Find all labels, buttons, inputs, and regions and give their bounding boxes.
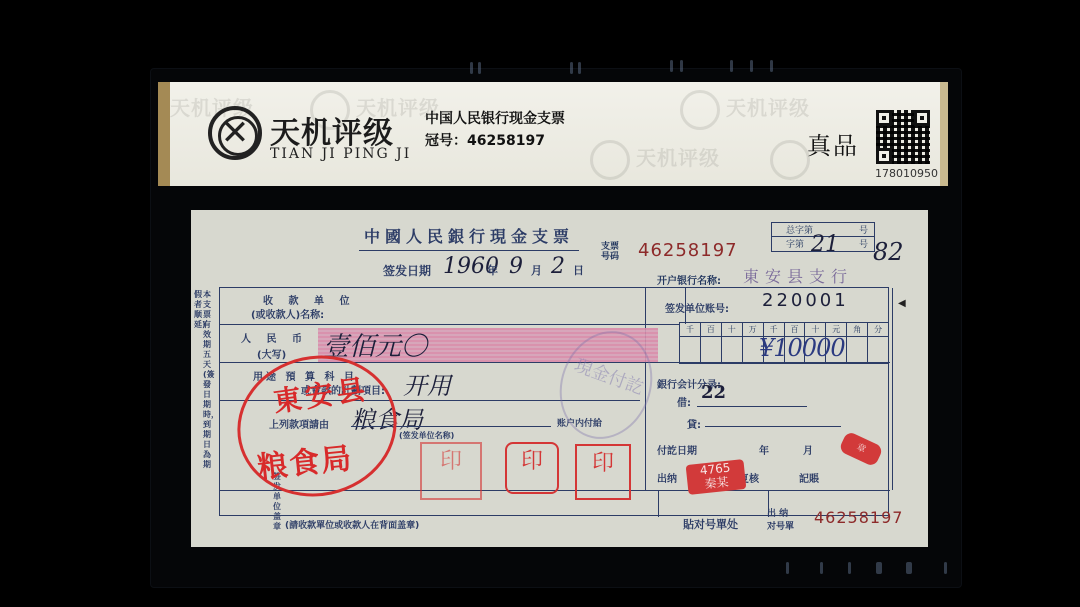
payee-label-sub: (或收款人)名称: [251,306,324,321]
stub-label: 貼对号單处 [683,516,738,532]
digit-col: 分 [868,323,889,336]
side-note-2: 假者顺延) [194,290,202,330]
cashier-stamp: 4765 秦某 [686,459,747,495]
paid-date-label: 付訖日期 [657,442,697,457]
logo-icon [208,106,262,160]
cert-number: 178010950 [875,167,938,180]
qr-code-icon[interactable] [876,110,930,164]
ref-line1-suffix: 号 [859,223,868,236]
rmb-label: 人 民 币 [241,330,308,345]
brand-name-english: TIAN JI PING JI [270,146,411,162]
month-label: 月 [531,262,542,278]
amount-digits: ¥10000 [759,334,845,362]
purpose: 开用 [403,366,451,401]
payee-label: 收 款 单 位 [263,292,355,307]
cash-cheque: 中國人民銀行現金支票 签发日期 1960 年 9 月 2 日 支票号码 4625… [191,210,928,547]
ref-line2-suffix: 号 [859,237,868,250]
year-label: 年 [487,262,498,278]
cheque-number: 46258197 [638,240,738,261]
side-note: 本支票有效期五天(簽發日期時，到期日為期 [203,290,211,470]
slab-ridges [470,58,970,78]
square-seal-3: 印 [575,444,631,500]
issuer-account-label: 签发单位账号: [665,300,729,315]
grade-text: 真品 [807,126,859,161]
credit-label: 貸: [687,416,701,431]
paid-month-label: 月 [803,442,813,457]
opening-bank-label: 开户银行名称: [657,272,721,287]
issue-day: 2 [551,254,565,279]
issue-month: 9 [509,254,523,279]
ref-line1-label: 总字第 [786,226,813,236]
day-label: 日 [573,262,584,278]
ref-line2-label: 字第 [786,240,804,250]
cheque-number-label: 支票号码 [601,242,625,262]
rmb-sub-label: (大写) [257,346,286,361]
cheque-title: 中國人民銀行現金支票 [359,224,579,251]
slab-bottom-ridges [780,560,960,580]
paid-year-label: 年 [759,442,769,457]
cashier-stub-label: 出 纳 对号單 [767,506,803,532]
digit-col: 角 [847,323,868,336]
watermark: 天机评级 [726,92,810,121]
square-seal-1: 印 [420,442,482,500]
cashier-stub-number: 46258197 [814,508,903,527]
footer-note: (請收款單位或收款人在背面盖章) [285,518,419,531]
digit-col: 百 [701,323,722,336]
digit-col: 十 [722,323,743,336]
grading-label: 天机评级 天机评级 天机评级 天机评级 天机评级 TIAN JI PING JI… [158,82,948,186]
note-serial: 冠号：46258197 [425,130,545,150]
ref-handwritten-2: 82 [873,238,904,266]
arrow-marker-icon: ◀ [898,298,906,309]
bookkeeper-label: 記賬 [799,470,819,485]
cashier-label: 出纳 [657,470,677,485]
debit-value: 22 [701,382,726,403]
watermark: 天机评级 [636,142,720,171]
square-seal-2: 印 [505,442,559,494]
digit-col: 千 [680,323,701,336]
issue-date-label: 签发日期 [383,262,431,279]
payer-sub-label: (签发单位名称) [399,430,454,441]
ref-handwritten: 21 [811,232,839,257]
issuer-account: 220001 [762,290,849,311]
opening-bank: 東安县支行 [743,264,883,288]
debit-label: 借: [677,394,691,409]
note-title: 中国人民银行现金支票 [425,108,565,128]
